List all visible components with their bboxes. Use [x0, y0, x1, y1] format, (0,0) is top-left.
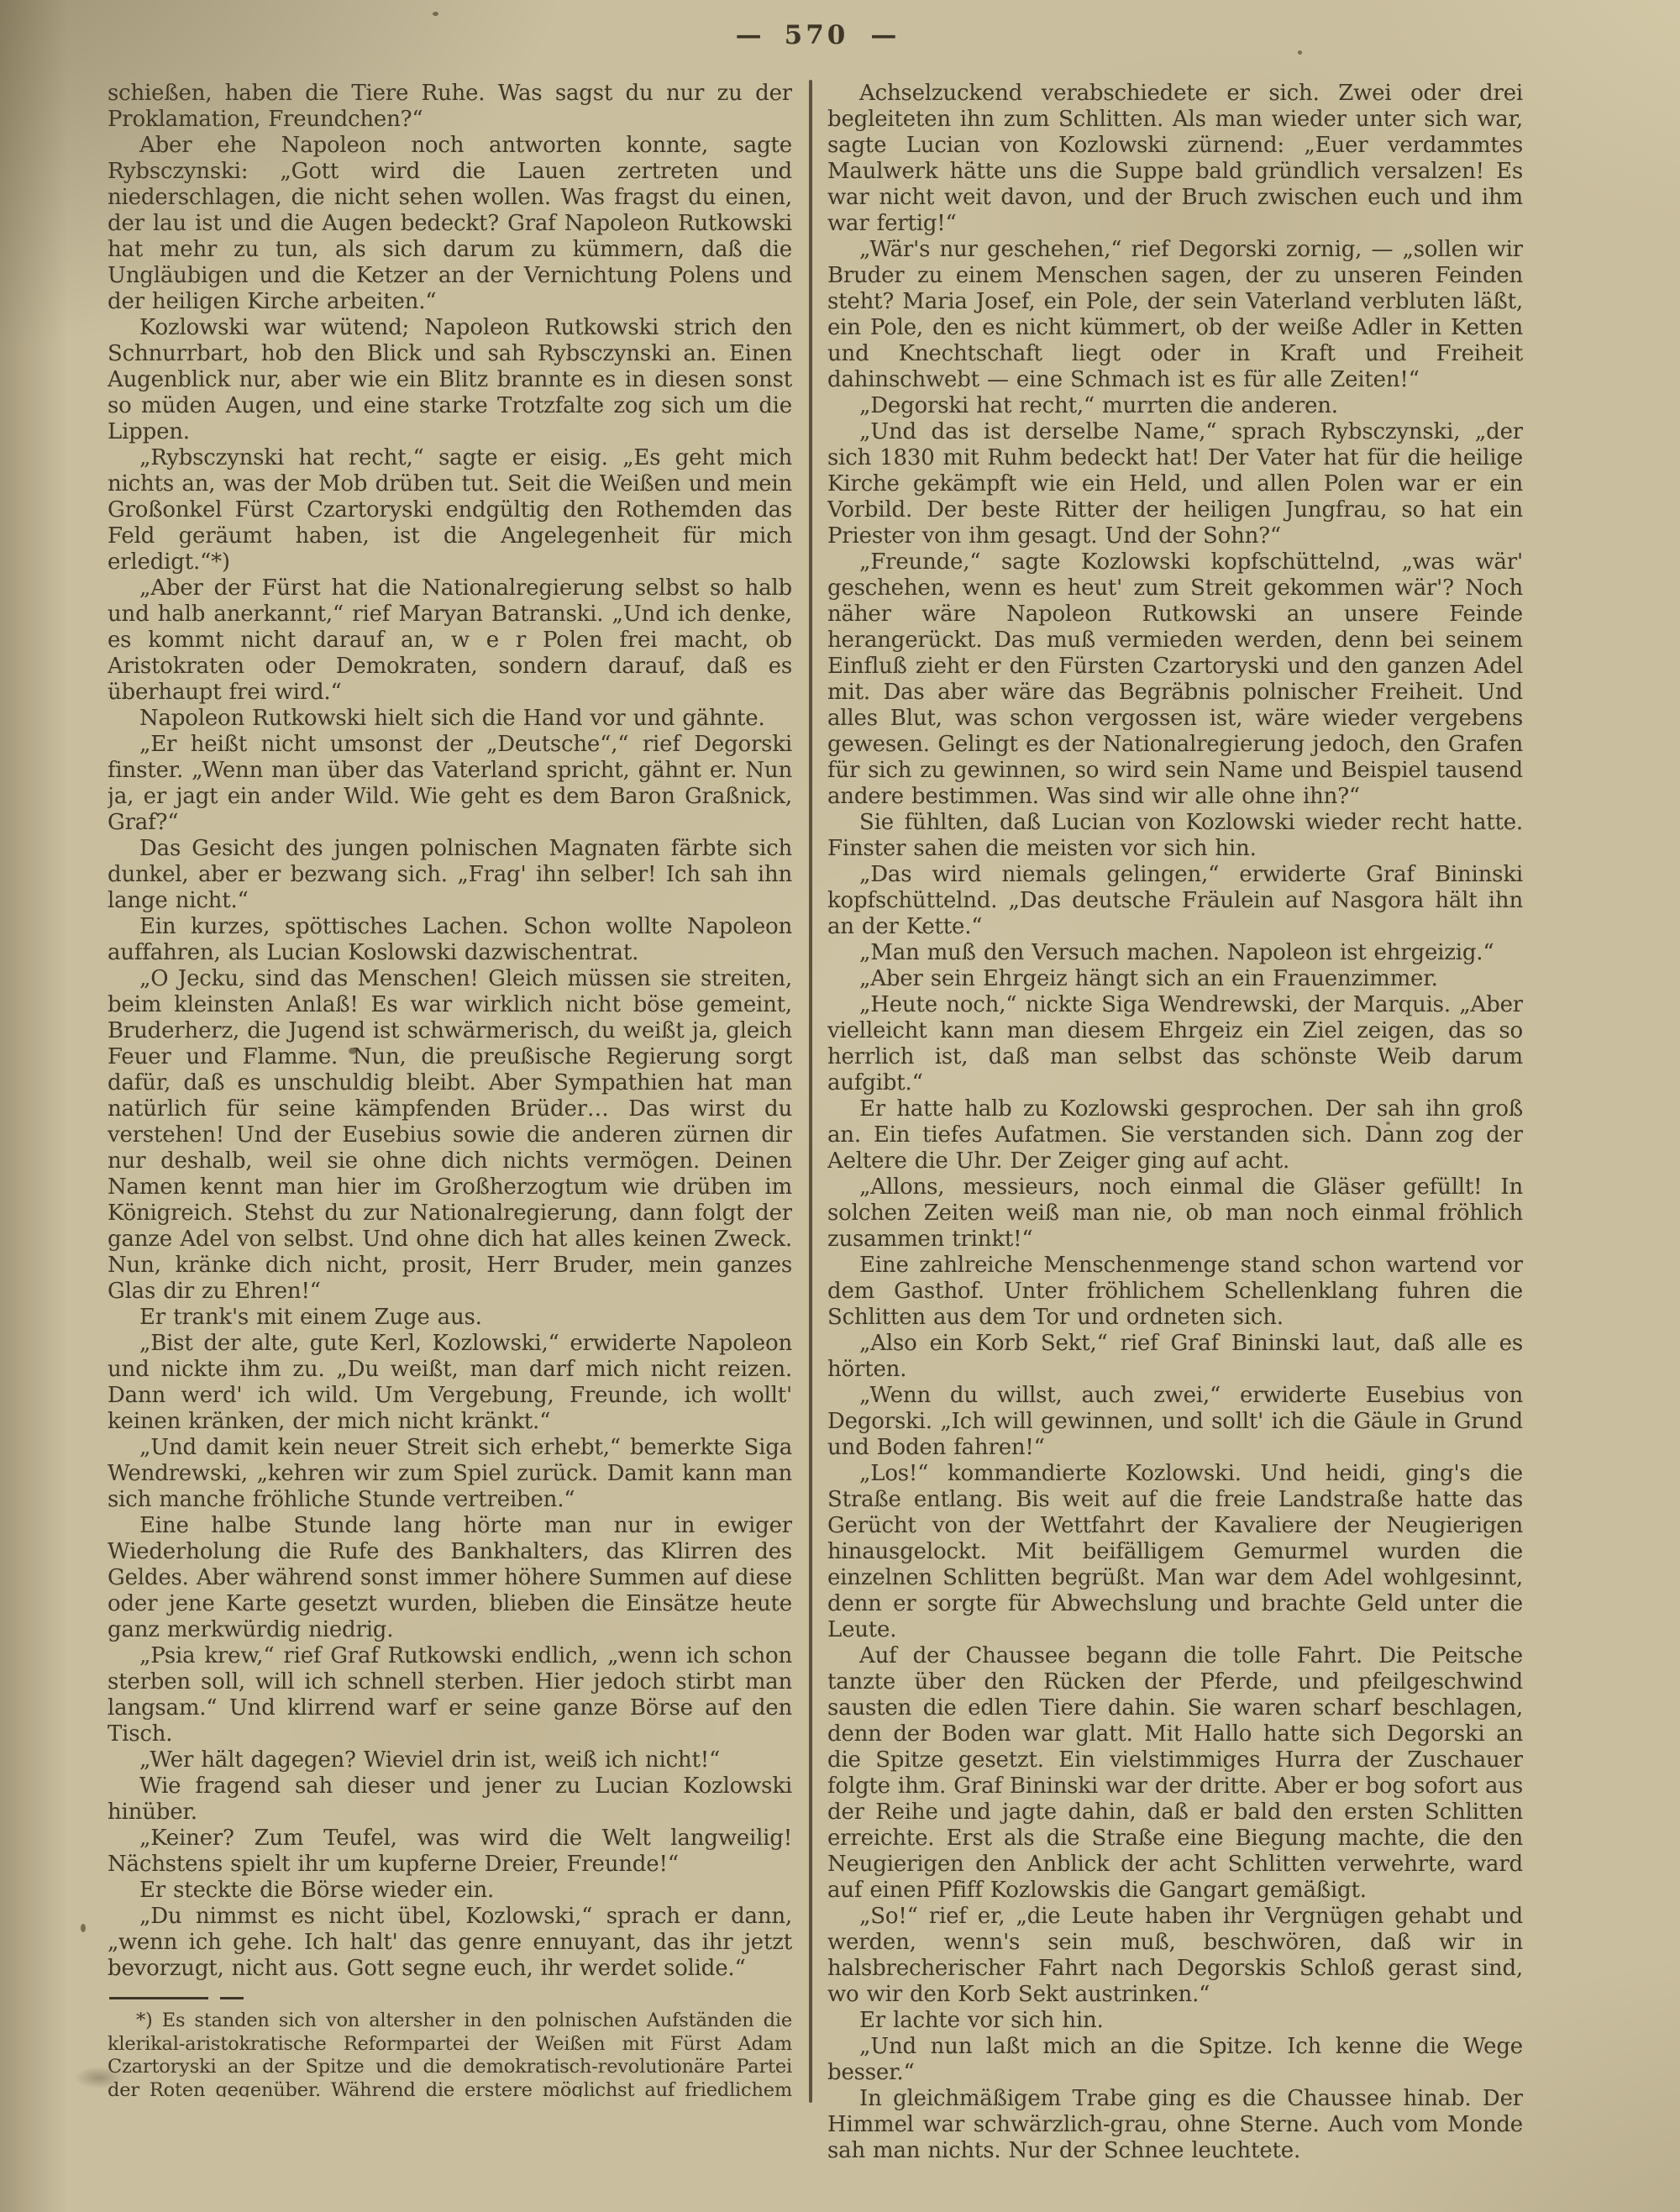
paragraph: „Und damit kein neuer Streit sich erhebt… — [108, 1435, 792, 1513]
paragraph: „Also ein Korb Sekt,“ rief Graf Bininski… — [827, 1331, 1523, 1383]
right-column: Achselzuckend verabschiedete er sich. Zw… — [827, 81, 1523, 2164]
paragraph: Eine zahlreiche Menschenmenge stand scho… — [827, 1253, 1523, 1331]
right-column-paragraphs: Achselzuckend verabschiedete er sich. Zw… — [827, 81, 1523, 2164]
paragraph: Auf der Chaussee begann die tolle Fahrt.… — [827, 1643, 1523, 1904]
paragraph: „Freunde,“ sagte Kozlowski kopfschütteln… — [827, 549, 1523, 810]
paragraph: Er steckte die Börse wieder ein. — [108, 1878, 792, 1904]
footnote-separator — [109, 1997, 792, 1999]
paragraph: „Aber sein Ehrgeiz hängt sich an ein Fra… — [827, 966, 1523, 992]
paragraph: Er hatte halb zu Kozlowski gesprochen. D… — [827, 1096, 1523, 1174]
paragraph: „Keiner? Zum Teufel, was wird die Welt l… — [108, 1826, 792, 1878]
paragraph: „Bist der alte, gute Kerl, Kozlowski,“ e… — [108, 1331, 792, 1435]
page-number: 570 — [785, 20, 849, 50]
paragraph: Napoleon Rutkowski hielt sich die Hand v… — [108, 706, 792, 732]
paragraph: Sie fühlten, daß Lucian von Kozlowski wi… — [827, 810, 1523, 862]
paragraph: Er lachte vor sich hin. — [827, 2008, 1523, 2034]
paragraph: „Das wird niemals gelingen,“ erwiderte G… — [827, 862, 1523, 940]
paragraph: „Allons, messieurs, noch einmal die Gläs… — [827, 1174, 1523, 1253]
paragraph: Achselzuckend verabschiedete er sich. Zw… — [827, 81, 1523, 237]
paragraph: Das Gesicht des jungen polnischen Magnat… — [108, 836, 792, 914]
paper-speck — [1297, 50, 1303, 55]
footnote-rule-short — [220, 1997, 244, 1999]
paragraph: Er trank's mit einem Zuge aus. — [108, 1305, 792, 1331]
header-dash-right: — — [848, 20, 919, 50]
paper-speck — [433, 12, 438, 16]
paragraph: „Wer hält dagegen? Wieviel drin ist, wei… — [108, 1747, 792, 1773]
paragraph: „Aber der Fürst hat die Nationalregierun… — [108, 575, 792, 706]
paragraph: Aber ehe Napoleon noch antworten konnte,… — [108, 133, 792, 315]
paragraph: Wie fragend sah dieser und jener zu Luci… — [108, 1773, 792, 1826]
paragraph: „Wär's nur geschehen,“ rief Degorski zor… — [827, 237, 1523, 393]
paragraph: „O Jecku, sind das Menschen! Gleich müss… — [108, 966, 792, 1305]
paragraph: „Er heißt nicht umsonst der „Deutsche“,“… — [108, 732, 792, 836]
left-column: schießen, haben die Tiere Ruhe. Was sags… — [108, 81, 792, 2097]
left-column-paragraphs: schießen, haben die Tiere Ruhe. Was sags… — [108, 81, 792, 1982]
paragraph: „Degorski hat recht,“ murrten die andere… — [827, 393, 1523, 419]
paper-speck — [1386, 1122, 1390, 1125]
column-divider — [809, 80, 812, 2103]
paragraph: „Heute noch,“ nickte Siga Wendrewski, de… — [827, 992, 1523, 1096]
paragraph: „Wenn du willst, auch zwei,“ erwiderte E… — [827, 1383, 1523, 1461]
paper-speck — [349, 1048, 356, 1054]
paragraph: „Los!“ kommandierte Kozlowski. Und heidi… — [827, 1461, 1523, 1643]
paper-speck — [81, 1924, 86, 1932]
paragraph: „So!“ rief er, „die Leute haben ihr Verg… — [827, 1904, 1523, 2008]
paragraph: „Psia krew,“ rief Graf Rutkowski endlich… — [108, 1643, 792, 1747]
paragraph: schießen, haben die Tiere Ruhe. Was sags… — [108, 81, 792, 133]
paragraph: „Und nun laßt mich an die Spitze. Ich ke… — [827, 2034, 1523, 2086]
paragraph: Kozlowski war wütend; Napoleon Rutkowski… — [108, 315, 792, 445]
paragraph: „Und das ist derselbe Name,“ sprach Rybs… — [827, 419, 1523, 549]
paragraph: „Du nimmst es nicht übel, Kozlowski,“ sp… — [108, 1904, 792, 1982]
header-dash-left: — — [714, 20, 785, 50]
paragraph: „Rybsczynski hat recht,“ sagte er eisig.… — [108, 445, 792, 575]
footnote-rule-long — [109, 1997, 208, 1999]
scanned-page: —570— schießen, haben die Tiere Ruhe. Wa… — [0, 0, 1680, 2212]
paper-speck — [899, 1781, 902, 1784]
ink-smudge — [74, 2067, 124, 2089]
footnote: *) Es standen sich von altersher in den … — [108, 2010, 792, 2097]
paragraph: In gleichmäßigem Trabe ging es die Chaus… — [827, 2086, 1523, 2164]
page-header: —570— — [0, 20, 1633, 50]
paragraph: „Man muß den Versuch machen. Napoleon is… — [827, 940, 1523, 966]
paragraph: Eine halbe Stunde lang hörte man nur in … — [108, 1513, 792, 1643]
paragraph: Ein kurzes, spöttisches Lachen. Schon wo… — [108, 914, 792, 966]
